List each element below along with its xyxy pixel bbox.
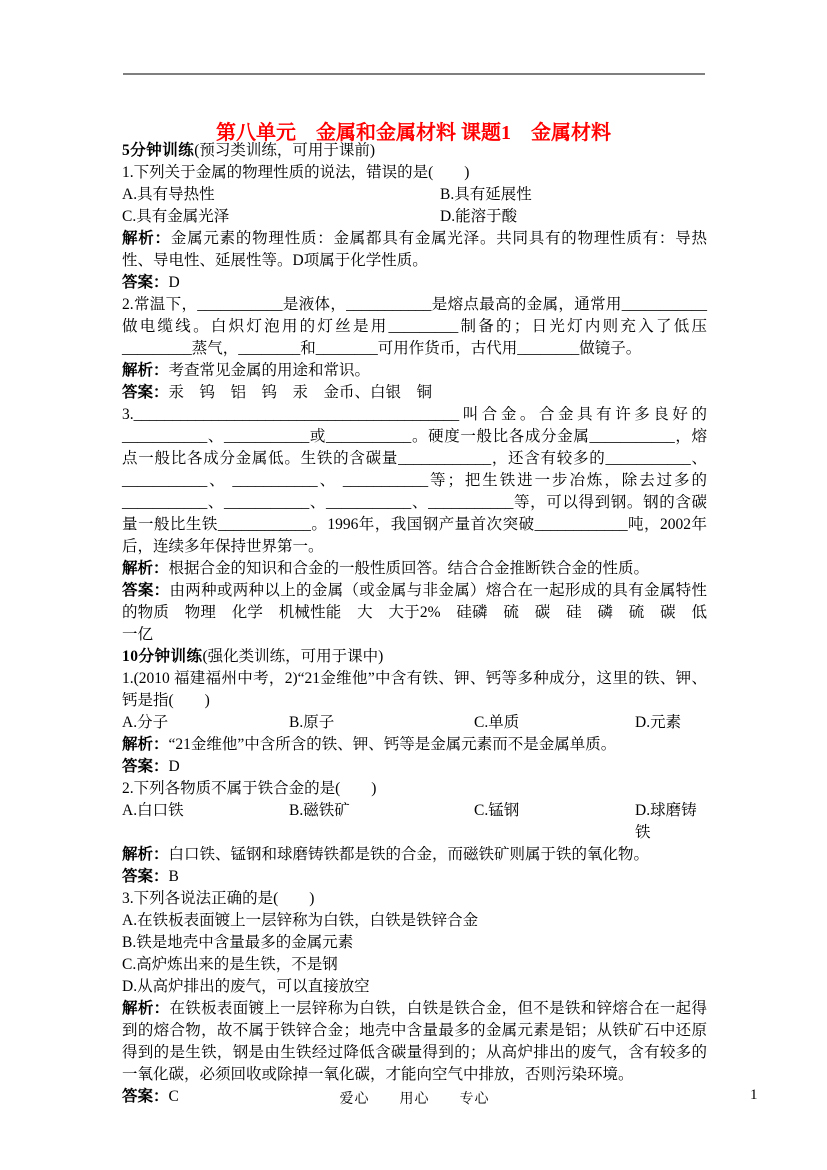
s2-q1-stem: 1.(2010 福建福州中考，2)“21金维他”中含有铁、钾、钙等多种成分，这里… xyxy=(122,668,707,712)
s1-q1-stem: 1.下列关于金属的物理性质的说法，错误的是( ) xyxy=(122,162,707,184)
s2-q2-option-c: C.锰钢 xyxy=(474,800,635,844)
answer-label: 答案： xyxy=(122,582,169,599)
analysis-text: 白口铁、锰钢和球磨铸铁都是铁的合金，而磁铁矿则属于铁的氧化物。 xyxy=(169,846,650,863)
s2-q3-option-a: A.在铁板表面镀上一层锌称为白铁，白铁是铁锌合金 xyxy=(122,910,707,932)
s2-q3-options: A.在铁板表面镀上一层锌称为白铁，白铁是铁锌合金 B.铁是地壳中含量最多的金属元… xyxy=(122,910,707,998)
analysis-label: 解析： xyxy=(122,846,169,863)
s2-q2-stem: 2.下列各物质不属于铁合金的是( ) xyxy=(122,778,707,800)
s2-q1-option-d: D.元素 xyxy=(635,712,707,734)
s2-q3-option-c: C.高炉炼出来的是生铁，不是钢 xyxy=(122,954,707,976)
s1-q3-answer: 答案：由两种或两种以上的金属（或金属与非金属）熔合在一起形成的具有金属特性的物质… xyxy=(122,580,707,646)
analysis-label: 解析： xyxy=(122,560,169,577)
s2-q2-options: A.白口铁 B.磁铁矿 C.锰钢 D.球磨铸铁 xyxy=(122,800,707,844)
answer-text: D xyxy=(169,274,180,291)
analysis-text: 在铁板表面镀上一层锌称为白铁，白铁是铁合金，但不是铁和锌熔合在一起得到的熔合物，… xyxy=(122,1000,707,1083)
answer-label: 答案： xyxy=(122,274,169,291)
header-rule xyxy=(123,73,705,75)
analysis-label: 解析： xyxy=(122,230,171,247)
s2-q3-option-d: D.从高炉排出的废气，可以直接放空 xyxy=(122,976,707,998)
section-heading-note: (预习类训练，可用于课前) xyxy=(194,142,375,159)
s1-q2-answer: 答案：汞 钨 铝 钨 汞 金币、白银 铜 xyxy=(122,382,707,404)
s2-q1-option-c: C.单质 xyxy=(474,712,635,734)
document-page: 第八单元 金属和金属材料 课题1 金属材料 5分钟训练(预习类训练，可用于课前)… xyxy=(0,0,827,1170)
answer-text: 由两种或两种以上的金属（或金属与非金属）熔合在一起形成的具有金属特性的物质 物理… xyxy=(122,582,723,643)
s2-q1-option-a: A.分子 xyxy=(122,712,289,734)
analysis-text: 金属元素的物理性质：金属都具有金属光泽。共同具有的物理性质有：导热性、导电性、延… xyxy=(122,230,707,269)
section-heading-10min: 10分钟训练(强化类训练，可用于课中) xyxy=(122,646,707,668)
answer-label: 答案： xyxy=(122,758,169,775)
analysis-text: 考查常见金属的用途和常识。 xyxy=(169,362,371,379)
s1-q1-answer: 答案：D xyxy=(122,272,707,294)
s1-q1-option-d: D.能溶于酸 xyxy=(440,206,707,228)
s1-q2-stem: 2.常温下，___________是液体，___________是熔点最高的金属… xyxy=(122,294,707,360)
s2-q1-analysis: 解析：“21金维他”中含所含的铁、钾、钙等是金属元素而不是金属单质。 xyxy=(122,734,707,756)
section-heading-note: (强化类训练，可用于课中) xyxy=(203,648,384,665)
s2-q2-option-d: D.球磨铸铁 xyxy=(635,800,707,844)
analysis-label: 解析： xyxy=(122,362,169,379)
analysis-label: 解析： xyxy=(122,1000,169,1017)
s2-q1-option-b: B.原子 xyxy=(289,712,474,734)
s1-q1-option-a: A.具有导热性 xyxy=(122,184,440,206)
s2-q3-stem: 3.下列各说法正确的是( ) xyxy=(122,888,707,910)
s1-q3-analysis: 解析：根据合金的知识和合金的一般性质回答。结合合金推断铁合金的性质。 xyxy=(122,558,707,580)
s1-q1-options: A.具有导热性 B.具有延展性 C.具有金属光泽 D.能溶于酸 xyxy=(122,184,707,228)
document-body: 5分钟训练(预习类训练，可用于课前) 1.下列关于金属的物理性质的说法，错误的是… xyxy=(122,140,707,1108)
s1-q1-option-b: B.具有延展性 xyxy=(440,184,707,206)
s1-q1-analysis: 解析：金属元素的物理性质：金属都具有金属光泽。共同具有的物理性质有：导热性、导电… xyxy=(122,228,707,272)
answer-text: B xyxy=(169,868,179,885)
s2-q1-answer: 答案：D xyxy=(122,756,707,778)
s1-q3-stem: 3.______________________________________… xyxy=(122,404,707,558)
answer-label: 答案： xyxy=(122,868,169,885)
answer-label: 答案： xyxy=(122,384,169,401)
analysis-text: 根据合金的知识和合金的一般性质回答。结合合金推断铁合金的性质。 xyxy=(169,560,650,577)
s1-q2-analysis: 解析：考查常见金属的用途和常识。 xyxy=(122,360,707,382)
s2-q2-option-b: B.磁铁矿 xyxy=(289,800,474,844)
section-heading-5min: 5分钟训练(预习类训练，可用于课前) xyxy=(122,140,707,162)
footer-motto: 爱心 用心 专心 xyxy=(122,1088,707,1108)
s2-q2-answer: 答案：B xyxy=(122,866,707,888)
s1-q1-option-c: C.具有金属光泽 xyxy=(122,206,440,228)
answer-text: 汞 钨 铝 钨 汞 金币、白银 铜 xyxy=(169,384,433,401)
s2-q2-option-a: A.白口铁 xyxy=(122,800,289,844)
analysis-label: 解析： xyxy=(122,736,169,753)
answer-text: D xyxy=(169,758,180,775)
section-heading-bold: 5分钟训练 xyxy=(122,142,194,159)
analysis-text: “21金维他”中含所含的铁、钾、钙等是金属元素而不是金属单质。 xyxy=(169,736,617,753)
page-number: 1 xyxy=(750,1087,758,1104)
s2-q3-analysis: 解析：在铁板表面镀上一层锌称为白铁，白铁是铁合金，但不是铁和锌熔合在一起得到的熔… xyxy=(122,998,707,1086)
section-heading-bold: 10分钟训练 xyxy=(122,648,203,665)
s2-q3-option-b: B.铁是地壳中含量最多的金属元素 xyxy=(122,932,707,954)
s2-q1-options: A.分子 B.原子 C.单质 D.元素 xyxy=(122,712,707,734)
s2-q2-analysis: 解析：白口铁、锰钢和球磨铸铁都是铁的合金，而磁铁矿则属于铁的氧化物。 xyxy=(122,844,707,866)
